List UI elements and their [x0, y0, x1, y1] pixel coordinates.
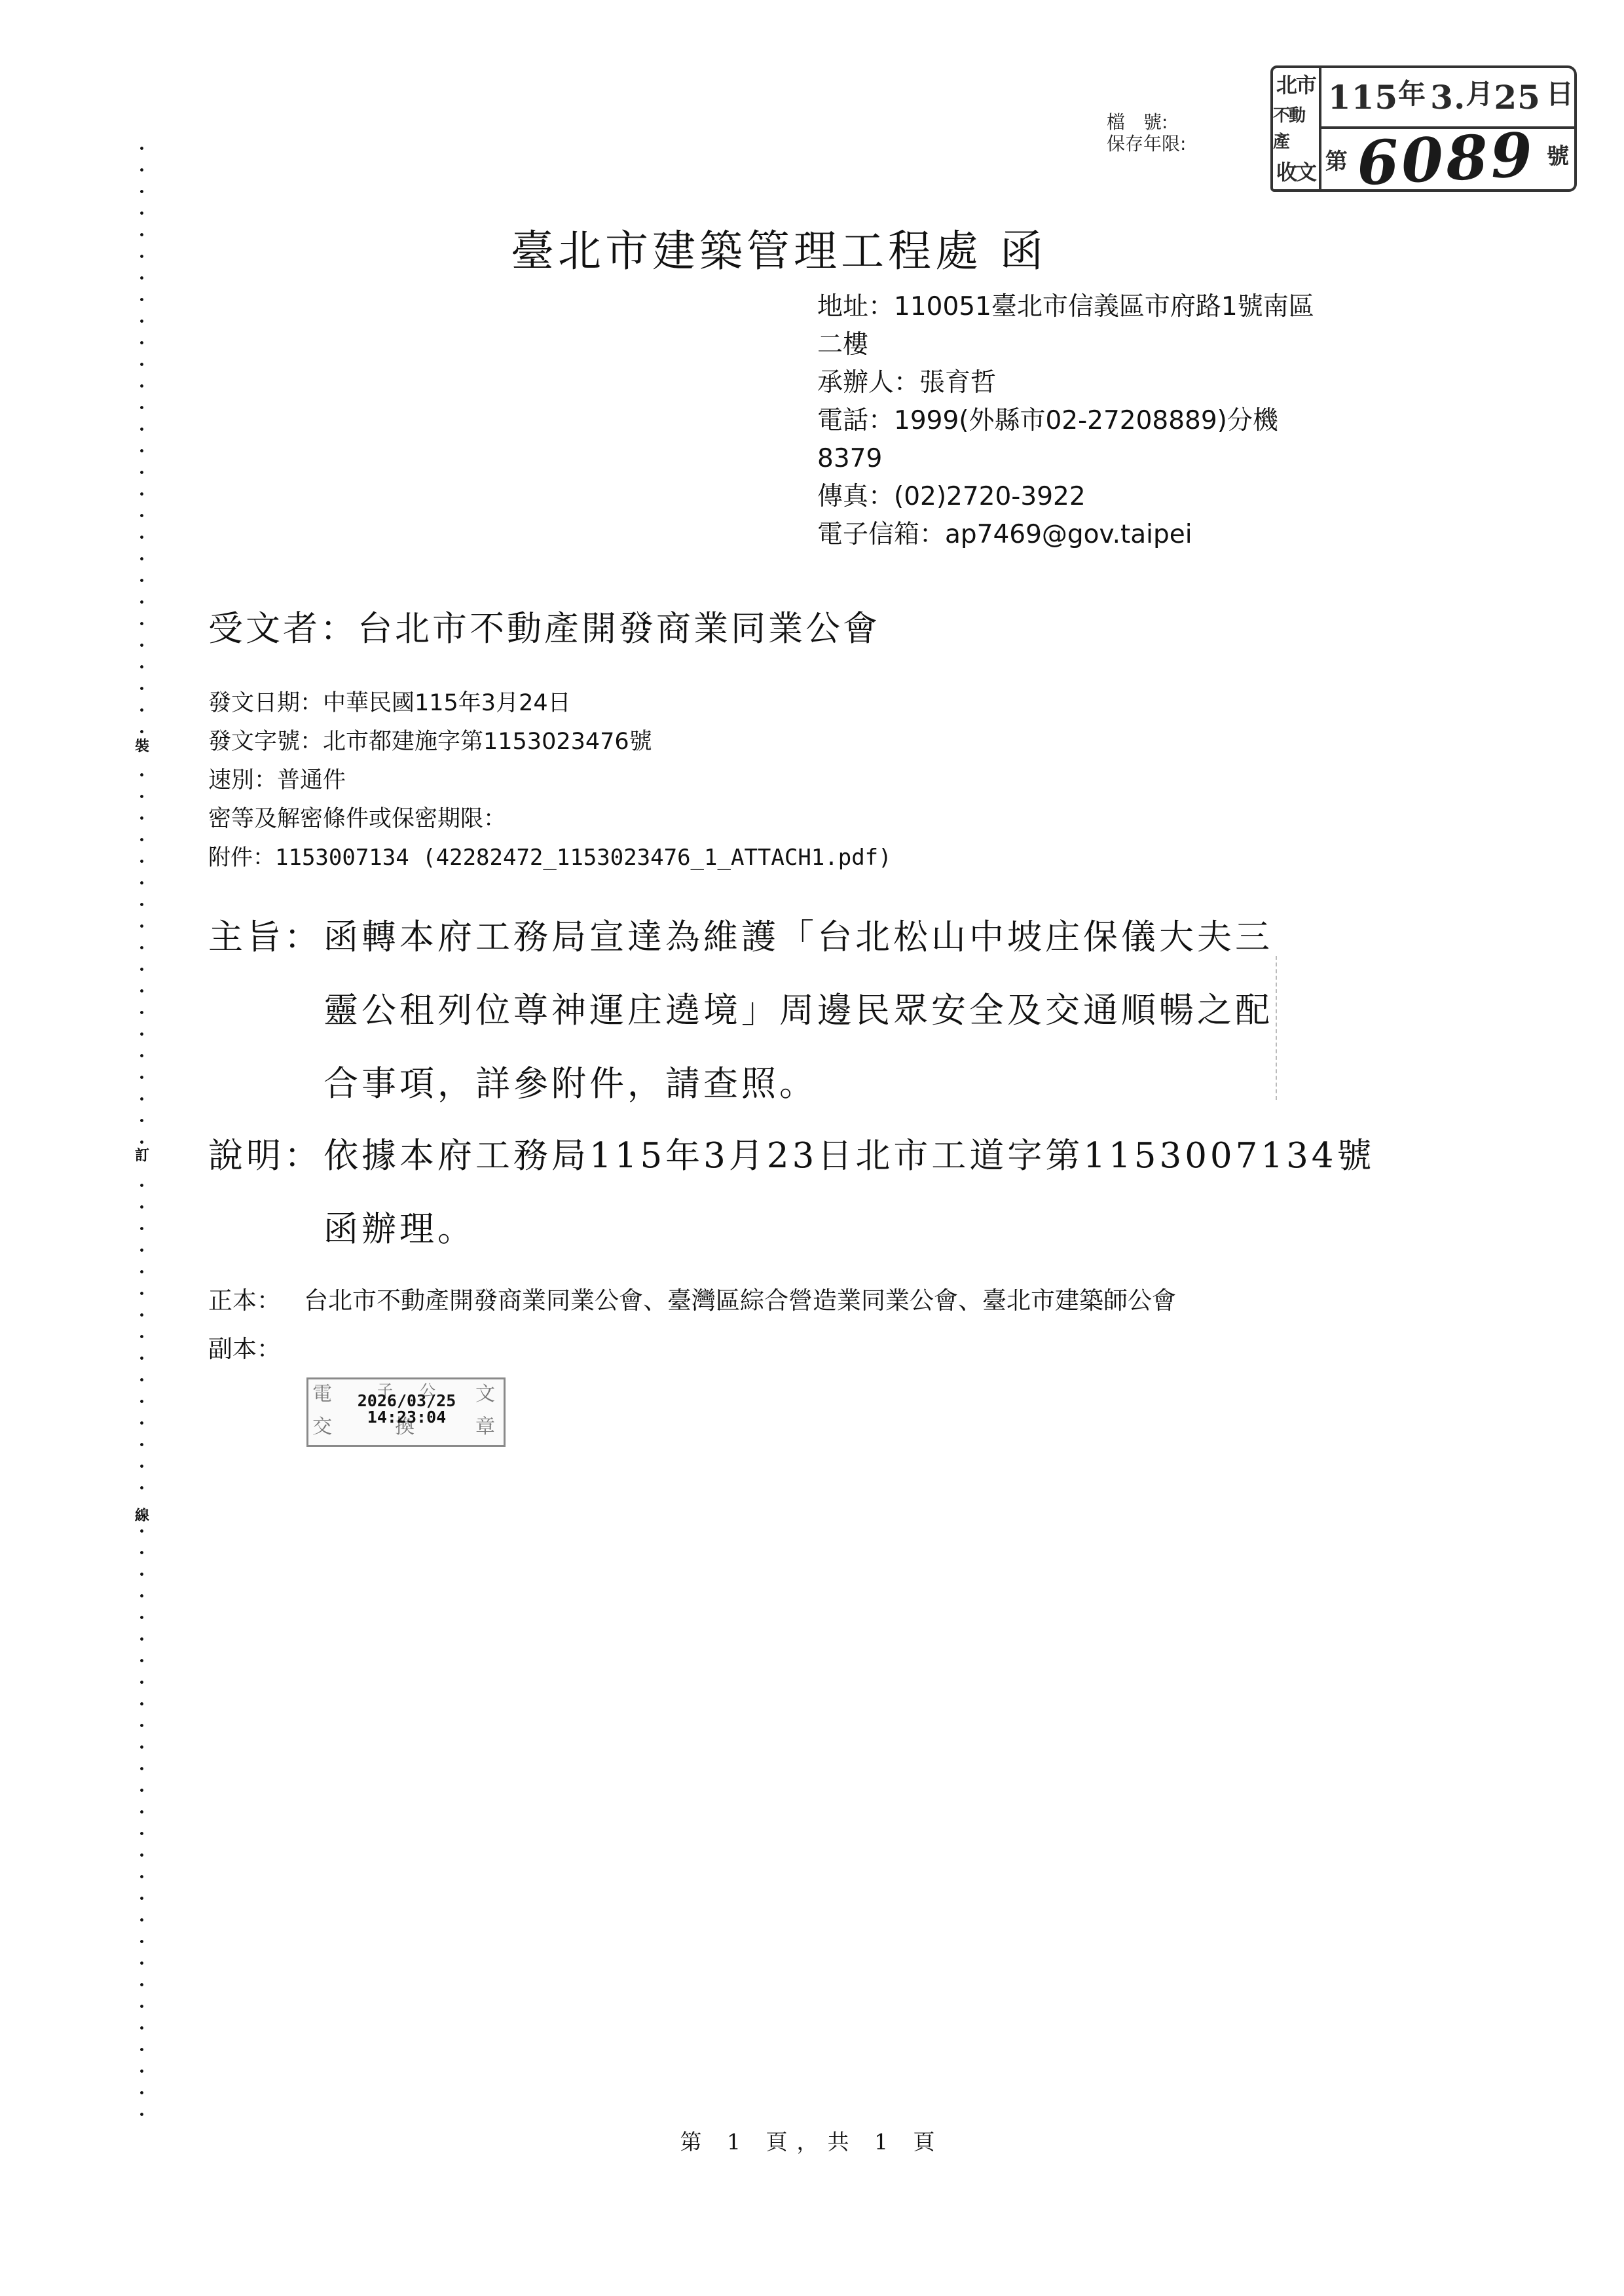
stamp-month: 3. [1430, 78, 1466, 117]
attachment: 附件：1153007134 (42282472_1153023476_1_ATT… [208, 839, 892, 877]
stamp-org-line: 收文 [1276, 159, 1316, 185]
stamp-day: 25 [1494, 78, 1541, 117]
document-title: 臺北市建築管理工程處 函 [511, 216, 1047, 278]
stamp-number-suffix: 號 [1547, 138, 1569, 170]
receipt-stamp: 北市 不動產 收文 115 年 3. 月 25 日 第 6089 號 [1270, 65, 1577, 192]
binding-mark-zhuang: 裝 [132, 737, 152, 756]
receipt-stamp-number-row: 第 6089 號 [1321, 129, 1574, 189]
receipt-stamp-date: 115 年 3. 月 25 日 [1321, 68, 1574, 129]
stamp-org-line: 北市 [1276, 72, 1316, 98]
copy-recipients-label: 副本： [208, 1333, 304, 1366]
stamp-org-line: 不動產 [1273, 103, 1319, 155]
binding-dots [140, 137, 143, 2128]
speed: 速別：普通件 [208, 761, 892, 800]
explanation-line: 函辦理。 [323, 1193, 1581, 1266]
address-line-1: 地址：110051臺北市信義區市府路1號南區 [817, 288, 1314, 326]
stamp-number-prefix: 第 [1325, 143, 1348, 175]
subject-line: 函轉本府工務局宣達為維護「台北松山中坡庄保儀大夫三 [323, 901, 1581, 974]
estamp-date: 2026/03/25 [341, 1393, 472, 1409]
filing-info: 檔 號: 保存年限: [1107, 111, 1186, 155]
retention-label: 保存年限: [1107, 133, 1186, 155]
binding-mark-ding: 訂 [132, 1146, 152, 1165]
binding-mark-xian: 線 [132, 1506, 152, 1525]
explanation-line: 依據本府工務局115年3月23日北市工道字第1153007134號 [323, 1120, 1581, 1193]
phone-line-1: 電話：1999(外縣市02-27208889)分機 [817, 402, 1314, 440]
stamp-handwritten-number: 6089 [1356, 124, 1537, 194]
stamp-month-unit: 月 [1466, 73, 1494, 112]
handler: 承辦人：張育哲 [817, 364, 1314, 402]
document-meta: 發文日期：中華民國115年3月24日 發文字號：北市都建施字第115302347… [208, 684, 892, 877]
estamp-char: 交 [312, 1416, 332, 1438]
estamp-char: 電 [312, 1383, 332, 1406]
stamp-year-unit: 年 [1398, 73, 1426, 112]
issue-date: 發文日期：中華民國115年3月24日 [208, 684, 892, 723]
email: 電子信箱：ap7469@gov.taipei [817, 516, 1314, 554]
estamp-datetime: 2026/03/25 14:23:04 [341, 1393, 472, 1425]
binding-line: 裝 訂 線 [135, 137, 148, 2128]
original-recipients-label: 正本： [208, 1285, 304, 1317]
fax: 傳真：(02)2720-3922 [817, 478, 1314, 516]
estamp-char: 文 [475, 1383, 495, 1406]
issue-number: 發文字號：北市都建施字第1153023476號 [208, 723, 892, 761]
stamp-year: 115 [1328, 78, 1398, 117]
subject-section: 主旨： 函轉本府工務局宣達為維護「台北松山中坡庄保儀大夫三 靈公租列位尊神運庄遶… [208, 901, 1581, 1121]
subject-line: 合事項，詳參附件，請查照。 [323, 1048, 1581, 1121]
address-line-2: 二樓 [817, 326, 1314, 364]
file-number-label: 檔 號: [1107, 111, 1186, 133]
estamp-time: 14:23:04 [341, 1409, 472, 1425]
explanation-label: 說明： [208, 1120, 323, 1193]
confidentiality: 密等及解密條件或保密期限： [208, 800, 892, 839]
receipt-stamp-org: 北市 不動產 收文 [1273, 68, 1321, 189]
stamp-day-unit: 日 [1546, 73, 1574, 112]
explanation-section: 說明： 依據本府工務局115年3月23日北市工道字第1153007134號 函辦… [208, 1120, 1581, 1266]
copies-section: 正本： 台北市不動產開發商業同業公會、臺灣區綜合營造業同業公會、臺北市建築師公會… [208, 1285, 1496, 1366]
electronic-exchange-stamp: 電 子 公 文 交 換 章 2026/03/25 14:23:04 [306, 1377, 506, 1447]
contact-info: 地址：110051臺北市信義區市府路1號南區 二樓 承辦人：張育哲 電話：199… [817, 288, 1314, 554]
phone-line-2: 8379 [817, 440, 1314, 478]
subject-label: 主旨： [208, 901, 323, 974]
page-number: 第 1 頁，共 1 頁 [0, 2125, 1624, 2156]
estamp-char: 章 [475, 1416, 495, 1438]
original-recipients: 台北市不動產開發商業同業公會、臺灣區綜合營造業同業公會、臺北市建築師公會 [304, 1285, 1496, 1317]
scan-artifact-line [1276, 956, 1277, 1100]
subject-line: 靈公租列位尊神運庄遶境」周邊民眾安全及交通順暢之配 [323, 974, 1581, 1048]
recipient: 受文者：台北市不動產開發商業同業公會 [208, 601, 880, 651]
